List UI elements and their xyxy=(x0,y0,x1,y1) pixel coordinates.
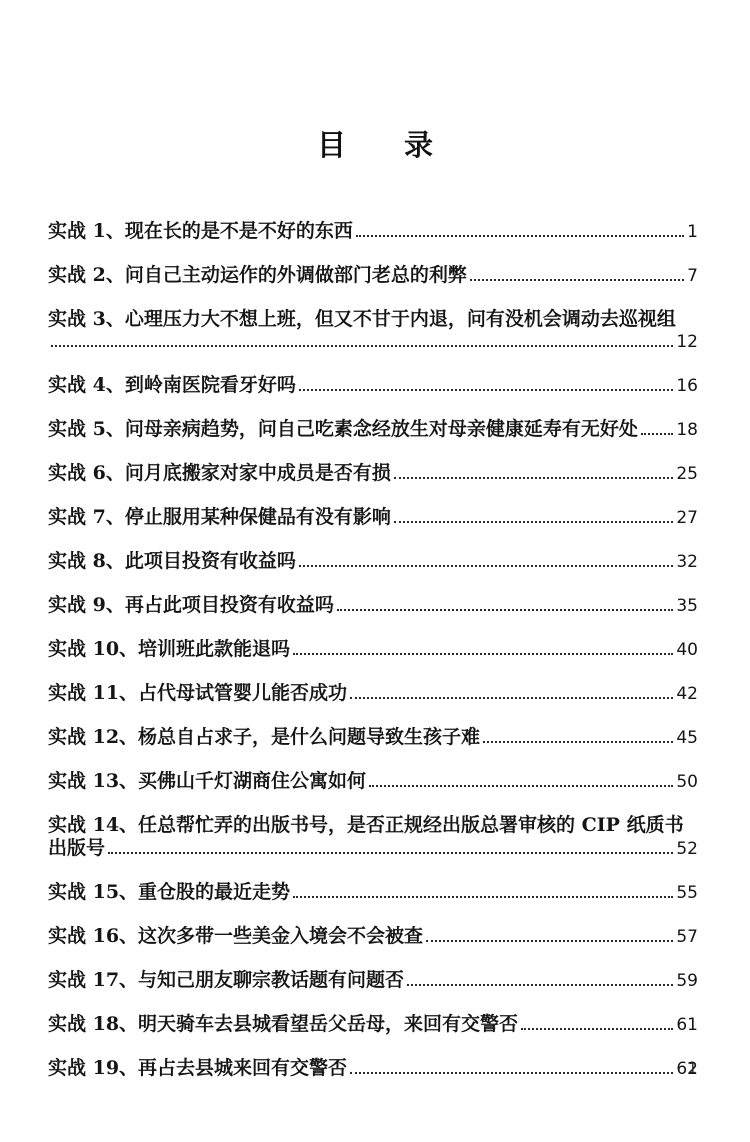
dot-leader xyxy=(356,235,684,237)
toc-entry-page: 52 xyxy=(676,838,698,861)
dot-leader xyxy=(350,1072,673,1074)
toc-entry-label: 实战 1、现在长的是不是不好的东西 xyxy=(48,220,353,243)
toc-entry-label: 实战 10、培训班此款能退吗 xyxy=(48,638,290,661)
toc-entry-9[interactable]: 实战 9、再占此项目投资有收益吗 35 xyxy=(48,594,698,618)
toc-entry-label: 实战 15、重仓股的最近走势 xyxy=(48,881,290,904)
toc-entry-2[interactable]: 实战 2、问自己主动运作的外调做部门老总的利弊 7 xyxy=(48,264,698,288)
toc-entry-page: 45 xyxy=(676,727,698,750)
toc-entry-label: 实战 9、再占此项目投资有收益吗 xyxy=(48,594,334,617)
toc-entry-1[interactable]: 实战 1、现在长的是不是不好的东西 1 xyxy=(48,220,698,244)
dot-leader xyxy=(293,653,673,655)
toc-entry-label: 实战 12、杨总自占求子，是什么问题导致生孩子难 xyxy=(48,726,480,749)
dot-leader xyxy=(470,279,684,281)
toc-entry-label: 实战 17、与知己朋友聊宗教话题有问题否 xyxy=(48,969,404,992)
toc-entry-18[interactable]: 实战 18、明天骑车去县城看望岳父岳母，来回有交警否 61 xyxy=(48,1013,698,1037)
toc-entry-label: 实战 16、这次多带一些美金入境会不会被查 xyxy=(48,925,423,948)
toc-entry-page: 61 xyxy=(676,1014,698,1037)
toc-entry-label: 实战 6、问月底搬家对家中成员是否有损 xyxy=(48,462,391,485)
toc-entry-page: 42 xyxy=(676,683,698,706)
toc-entry-14[interactable]: 实战 14、任总帮忙弄的出版书号，是否正规经出版总署审核的 CIP 纸质书 出版… xyxy=(48,814,698,861)
dot-leader xyxy=(394,477,674,479)
toc-entry-8[interactable]: 实战 8、此项目投资有收益吗 32 xyxy=(48,550,698,574)
toc-entry-page: 7 xyxy=(687,265,698,288)
toc-entry-page: 25 xyxy=(676,463,698,486)
toc-entry-label: 实战 2、问自己主动运作的外调做部门老总的利弊 xyxy=(48,264,467,287)
toc-entry-page: 27 xyxy=(676,507,698,530)
dot-leader xyxy=(426,940,673,942)
toc-entry-label: 实战 14、任总帮忙弄的出版书号，是否正规经出版总署审核的 CIP 纸质书 xyxy=(48,814,698,837)
document-page: 目 录 实战 1、现在长的是不是不好的东西 1 实战 2、问自己主动运作的外调做… xyxy=(0,0,750,1142)
toc-entry-13[interactable]: 实战 13、买佛山千灯湖商住公寓如何 50 xyxy=(48,770,698,794)
toc-entry-6[interactable]: 实战 6、问月底搬家对家中成员是否有损 25 xyxy=(48,462,698,486)
dot-leader xyxy=(350,697,673,699)
dot-leader xyxy=(521,1028,673,1030)
toc-entry-label: 实战 4、到岭南医院看牙好吗 xyxy=(48,374,296,397)
dot-leader xyxy=(108,852,673,854)
toc-entry-3[interactable]: 实战 3、心理压力大不想上班，但又不甘于内退，问有没机会调动去巡视组 12 xyxy=(48,308,698,354)
toc-entry-label: 实战 19、再占去县城来回有交警否 xyxy=(48,1057,347,1080)
toc-entry-12[interactable]: 实战 12、杨总自占求子，是什么问题导致生孩子难 45 xyxy=(48,726,698,750)
toc-entry-page: 57 xyxy=(676,926,698,949)
toc-entry-label: 实战 3、心理压力大不想上班，但又不甘于内退，问有没机会调动去巡视组 xyxy=(48,308,698,331)
dot-leader xyxy=(51,345,673,347)
page-number: 1 xyxy=(688,1061,697,1077)
dot-leader xyxy=(483,741,673,743)
toc-entry-page: 32 xyxy=(676,551,698,574)
toc-entry-5[interactable]: 实战 5、问母亲病趋势，问自己吃素念经放生对母亲健康延寿有无好处 18 xyxy=(48,418,698,442)
toc-entry-10[interactable]: 实战 10、培训班此款能退吗 40 xyxy=(48,638,698,662)
dot-leader xyxy=(299,389,674,391)
toc-entry-page: 40 xyxy=(676,639,698,662)
toc-entry-label: 实战 11、占代母试管婴儿能否成功 xyxy=(48,682,347,705)
toc-entry-17[interactable]: 实战 17、与知己朋友聊宗教话题有问题否 59 xyxy=(48,969,698,993)
toc-title: 目 录 xyxy=(0,0,750,164)
toc-entry-label: 实战 5、问母亲病趋势，问自己吃素念经放生对母亲健康延寿有无好处 xyxy=(48,418,638,441)
toc-entry-4[interactable]: 实战 4、到岭南医院看牙好吗 16 xyxy=(48,374,698,398)
toc-entry-label-continued: 出版号 xyxy=(48,837,105,860)
toc-entry-page: 1 xyxy=(687,221,698,244)
toc-entry-page: 16 xyxy=(676,375,698,398)
dot-leader xyxy=(299,565,674,567)
toc-entry-label: 实战 18、明天骑车去县城看望岳父岳母，来回有交警否 xyxy=(48,1013,518,1036)
toc-entry-page: 55 xyxy=(676,882,698,905)
dot-leader xyxy=(337,609,674,611)
toc-entry-19[interactable]: 实战 19、再占去县城来回有交警否 62 xyxy=(48,1057,698,1081)
toc-entry-page: 50 xyxy=(676,771,698,794)
toc-entry-page: 35 xyxy=(676,595,698,618)
table-of-contents: 实战 1、现在长的是不是不好的东西 1 实战 2、问自己主动运作的外调做部门老总… xyxy=(48,220,698,1081)
dot-leader xyxy=(394,521,674,523)
toc-entry-16[interactable]: 实战 16、这次多带一些美金入境会不会被查 57 xyxy=(48,925,698,949)
toc-entry-label: 实战 7、停止服用某种保健品有没有影响 xyxy=(48,506,391,529)
toc-entry-label: 实战 13、买佛山千灯湖商住公寓如何 xyxy=(48,770,366,793)
toc-entry-page: 59 xyxy=(676,970,698,993)
dot-leader xyxy=(369,785,673,787)
dot-leader xyxy=(641,433,674,435)
dot-leader xyxy=(293,896,673,898)
toc-entry-11[interactable]: 实战 11、占代母试管婴儿能否成功 42 xyxy=(48,682,698,706)
toc-entry-page: 18 xyxy=(676,419,698,442)
toc-entry-7[interactable]: 实战 7、停止服用某种保健品有没有影响 27 xyxy=(48,506,698,530)
dot-leader xyxy=(407,984,673,986)
toc-entry-15[interactable]: 实战 15、重仓股的最近走势 55 xyxy=(48,881,698,905)
toc-entry-page: 12 xyxy=(676,331,698,354)
toc-entry-label: 实战 8、此项目投资有收益吗 xyxy=(48,550,296,573)
